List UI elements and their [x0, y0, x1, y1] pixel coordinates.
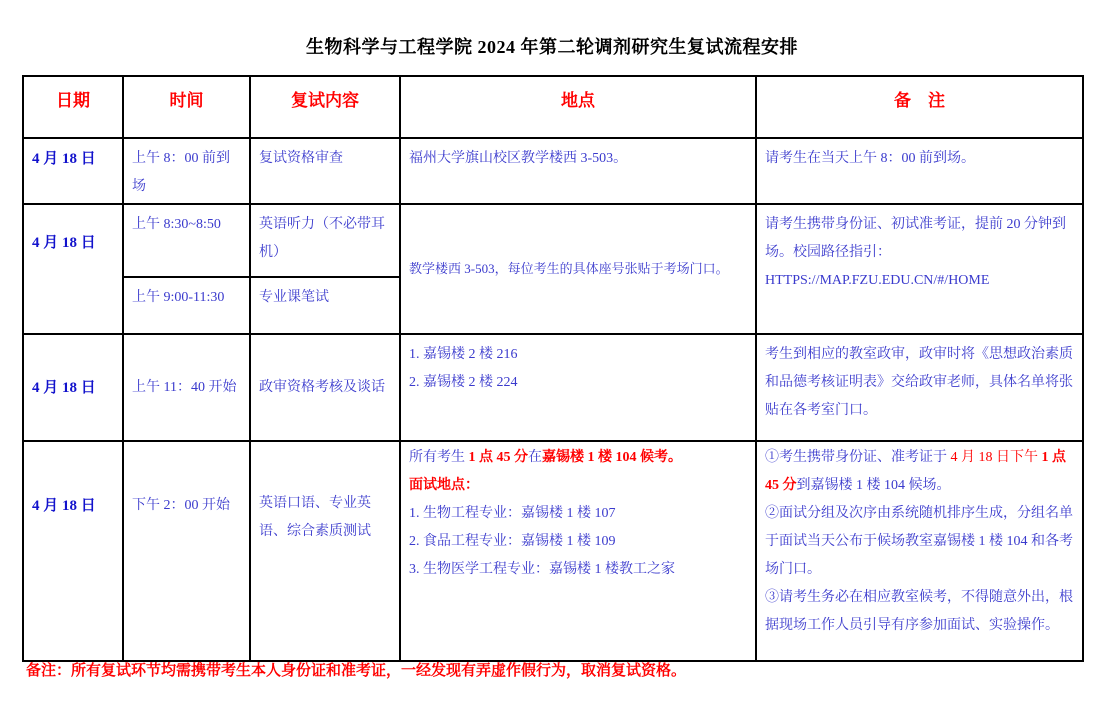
- cell-r3-location: 1. 嘉锡楼 2 楼 216 2. 嘉锡楼 2 楼 224: [400, 334, 756, 441]
- cell-r3-content: 政审资格考核及谈话: [250, 334, 400, 441]
- cell-r3-date: 4 月 18 日: [23, 334, 123, 441]
- location-line: 2. 嘉锡楼 2 楼 224: [409, 369, 747, 397]
- note-item: ②面试分组及次序由系统随机排序生成，分组名单于面试当天公布于候场教室嘉锡楼 1 …: [765, 500, 1074, 584]
- cell-r2-time-b: 上午 9:00-11:30: [123, 277, 250, 334]
- location-line: 2. 食品工程专业：嘉锡楼 1 楼 109: [409, 528, 747, 556]
- campus-map-url: HTTPS://MAP.FZU.EDU.CN/#/HOME: [765, 267, 1074, 295]
- cell-r1-note: 请考生在当天上午 8：00 前到场。: [756, 138, 1083, 204]
- location-line: 1. 生物工程专业：嘉锡楼 1 楼 107: [409, 500, 747, 528]
- note-item: ③请考生务必在相应教室候考，不得随意外出，根据现场工作人员引导有序参加面试、实验…: [765, 584, 1074, 640]
- header-cell-date: 日期: [23, 76, 123, 138]
- footer-note: 备注：所有复试环节均需携带考生本人身份证和准考证，一经发现有弄虚作假行为，取消复…: [26, 659, 686, 680]
- cell-r2-content-a: 英语听力（不必带耳机）: [250, 204, 400, 277]
- cell-r1-date: 4 月 18 日: [23, 138, 123, 204]
- cell-r4-content: 英语口语、专业英语、综合素质测试: [250, 441, 400, 661]
- table-row: 4 月 18 日 上午 11：40 开始 政审资格考核及谈话 1. 嘉锡楼 2 …: [23, 334, 1083, 441]
- cell-r3-time: 上午 11：40 开始: [123, 334, 250, 441]
- table-row: 4 月 18 日 上午 8：00 前到场 复试资格审查 福州大学旗山校区教学楼西…: [23, 138, 1083, 204]
- cell-r2-date: 4 月 18 日: [23, 204, 123, 334]
- note-text: 请考生携带身份证、初试准考证，提前 20 分钟到场。校园路径指引：: [765, 211, 1074, 267]
- cell-r4-location: 所有考生 1 点 45 分在嘉锡楼 1 楼 104 候考。 面试地点： 1. 生…: [400, 441, 756, 661]
- header-row: 日期 时间 复试内容 地点 备 注: [23, 76, 1083, 138]
- cell-r2-note: 请考生携带身份证、初试准考证，提前 20 分钟到场。校园路径指引： HTTPS:…: [756, 204, 1083, 334]
- location-line: 所有考生 1 点 45 分在嘉锡楼 1 楼 104 候考。: [409, 444, 747, 472]
- cell-r1-location: 福州大学旗山校区教学楼西 3-503。: [400, 138, 756, 204]
- cell-r2-time-a: 上午 8:30~8:50: [123, 204, 250, 277]
- cell-r4-time: 下午 2：00 开始: [123, 441, 250, 661]
- header-cell-content: 复试内容: [250, 76, 400, 138]
- cell-r4-note: ①考生携带身份证、准考证于 4 月 18 日下午 1 点 45 分到嘉锡楼 1 …: [756, 441, 1083, 661]
- table-row: 4 月 18 日 上午 8:30~8:50 英语听力（不必带耳机） 教学楼西 3…: [23, 204, 1083, 277]
- location-line: 1. 嘉锡楼 2 楼 216: [409, 341, 747, 369]
- cell-r2-location: 教学楼西 3-503，每位考生的具体座号张贴于考场门口。: [400, 204, 756, 334]
- cell-r1-time: 上午 8：00 前到场: [123, 138, 250, 204]
- location-line: 3. 生物医学工程专业：嘉锡楼 1 楼教工之家: [409, 556, 747, 584]
- table-row: 4 月 18 日 下午 2：00 开始 英语口语、专业英语、综合素质测试 所有考…: [23, 441, 1083, 661]
- cell-r2-content-b: 专业课笔试: [250, 277, 400, 334]
- page-title: 生物科学与工程学院 2024 年第二轮调剂研究生复试流程安排: [0, 33, 1104, 59]
- location-line: 面试地点：: [409, 472, 747, 500]
- schedule-table: 日期 时间 复试内容 地点 备 注 4 月 18 日 上午 8：00 前到场 复…: [22, 75, 1084, 662]
- cell-r4-date: 4 月 18 日: [23, 441, 123, 661]
- header-cell-location: 地点: [400, 76, 756, 138]
- note-item: ①考生携带身份证、准考证于 4 月 18 日下午 1 点 45 分到嘉锡楼 1 …: [765, 444, 1074, 500]
- header-cell-time: 时间: [123, 76, 250, 138]
- cell-r1-content: 复试资格审查: [250, 138, 400, 204]
- cell-r3-note: 考生到相应的教室政审，政审时将《思想政治素质和品德考核证明表》交给政审老师，具体…: [756, 334, 1083, 441]
- header-cell-note: 备 注: [756, 76, 1083, 138]
